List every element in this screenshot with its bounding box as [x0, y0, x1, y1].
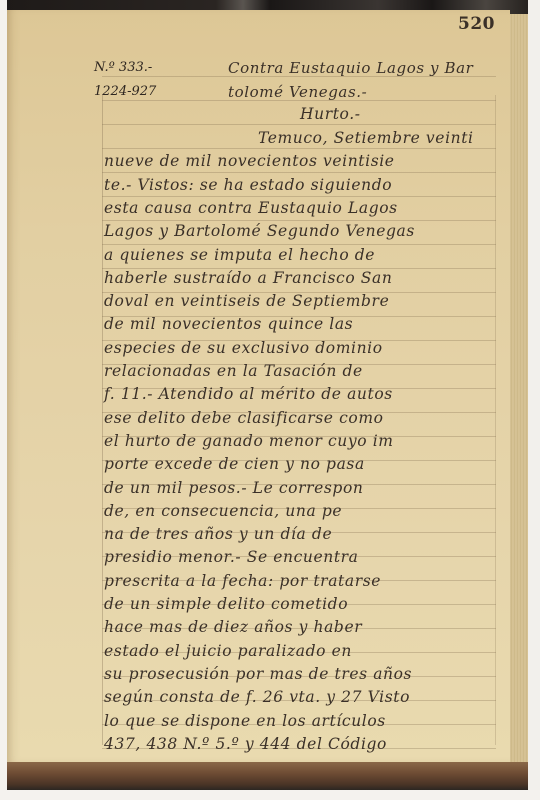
body-line: te.- Vistos: se ha estado siguiendo — [104, 175, 496, 195]
offense-title: Hurto.- — [300, 104, 540, 124]
page-number: 520 — [458, 14, 495, 34]
body-line: f. 11.- Atendido al mérito de autos — [104, 384, 496, 404]
header-line: tolomé Venegas.- — [228, 82, 498, 102]
body-line: 437, 438 N.º 5.º y 444 del Código — [104, 734, 496, 754]
scan-left-border — [0, 0, 7, 800]
body-line: de, en consecuencia, una pe — [104, 501, 496, 521]
margin-rule — [102, 95, 103, 745]
body-line: su prosecusión por mas de tres años — [104, 664, 496, 684]
body-line: de mil novecientos quince las — [104, 314, 496, 334]
body-line: porte excede de cien y no pasa — [104, 454, 496, 474]
body-line: estado el juicio paralizado en — [104, 641, 496, 661]
body-line: Temuco, Setiembre veinti — [258, 128, 540, 148]
body-line: prescrita a la fecha: por tratarse — [104, 571, 496, 591]
body-line: a quienes se imputa el hecho de — [104, 245, 496, 265]
body-line: el hurto de ganado menor cuyo im — [104, 431, 496, 451]
scan-bottom-border — [0, 790, 540, 800]
ruled-line — [102, 172, 496, 173]
body-line: esta causa contra Eustaquio Lagos — [104, 198, 496, 218]
entry-number: N.º 333.- — [94, 60, 152, 75]
header-line: Contra Eustaquio Lagos y Bar — [228, 58, 498, 78]
body-line: presidio menor.- Se encuentra — [104, 547, 496, 567]
ruled-line — [102, 196, 496, 197]
body-line: relacionadas en la Tasación de — [104, 361, 496, 381]
body-line: nueve de mil novecientos veintisie — [104, 151, 496, 171]
ruled-line — [102, 124, 496, 125]
book-cover-bottom — [7, 762, 528, 790]
body-line: especies de su exclusivo dominio — [104, 338, 496, 358]
file-reference: 1224-927 — [94, 84, 156, 99]
body-line: de un simple delito cometido — [104, 594, 496, 614]
body-line: según consta de f. 26 vta. y 27 Visto — [104, 687, 496, 707]
body-line: lo que se dispone en los artículos — [104, 711, 496, 731]
body-line: doval en veintiseis de Septiembre — [104, 291, 496, 311]
ruled-line — [102, 148, 496, 149]
body-line: Lagos y Bartolomé Segundo Venegas — [104, 221, 496, 241]
body-line: haberle sustraído a Francisco San — [104, 268, 496, 288]
body-line: hace mas de diez años y haber — [104, 617, 496, 637]
body-line: ese delito debe clasificarse como — [104, 408, 496, 428]
body-line: na de tres años y un día de — [104, 524, 496, 544]
body-line: de un mil pesos.- Le correspon — [104, 478, 496, 498]
